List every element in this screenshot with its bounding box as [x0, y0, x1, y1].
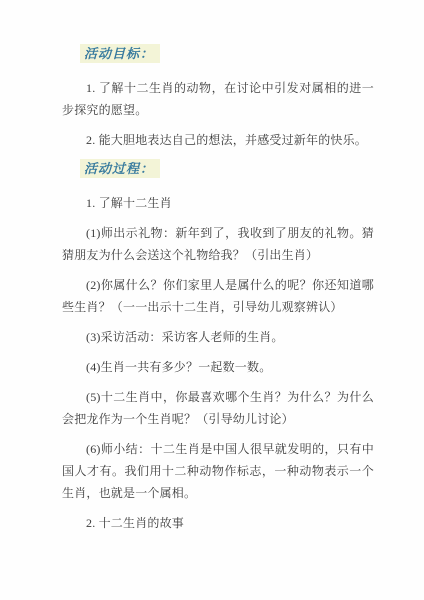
- process-step-1-item-4: (4)生肖一共有多少？一起数一数。: [62, 356, 374, 378]
- activity-process-heading: 活动过程：: [80, 159, 160, 178]
- goal-item-1: 1. 了解十二生肖的动物，在讨论中引发对属相的进一步探究的愿望。: [62, 77, 374, 121]
- goal-item-2: 2. 能大胆地表达自己的想法，并感受过新年的快乐。: [62, 129, 374, 151]
- process-step-1-item-1: (1)师出示礼物：新年到了，我收到了朋友的礼物。猜猜朋友为什么会送这个礼物给我？…: [62, 222, 374, 266]
- process-step-1-item-2: (2)你属什么？你们家里人是属什么的呢？你还知道哪些生肖？（一一出示十二生肖，引…: [62, 274, 374, 318]
- activity-process-heading-row: 活动过程：: [62, 159, 374, 178]
- process-step-1-item-5: (5)十二生肖中，你最喜欢哪个生肖？为什么？为什么会把龙作为一个生肖呢？（引导幼…: [62, 386, 374, 430]
- process-step-1-title: 1. 了解十二生肖: [62, 192, 374, 214]
- activity-goals-heading-row: 活动目标：: [62, 44, 374, 63]
- process-step-2-title: 2. 十二生肖的故事: [62, 512, 374, 534]
- document-page: 活动目标： 1. 了解十二生肖的动物，在讨论中引发对属相的进一步探究的愿望。 2…: [0, 0, 424, 600]
- process-step-1-item-3: (3)采访活动：采访客人老师的生肖。: [62, 326, 374, 348]
- process-step-1-item-6: (6)师小结：十二生肖是中国人很早就发明的，只有中国人才有。我们用十二种动物作标…: [62, 438, 374, 504]
- activity-goals-heading: 活动目标：: [80, 44, 160, 63]
